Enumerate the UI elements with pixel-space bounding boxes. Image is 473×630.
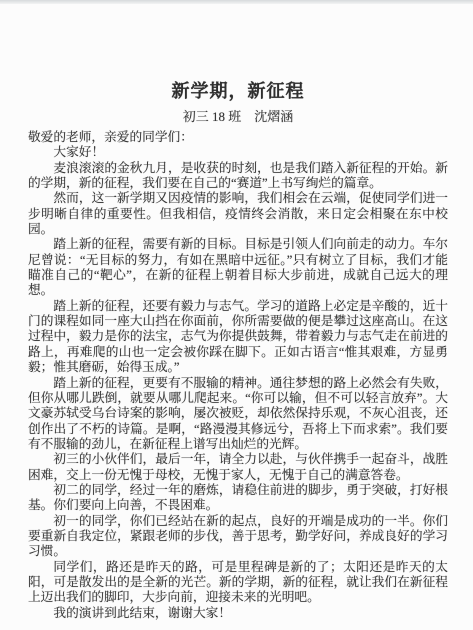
paragraph: 然而，这一新学期又因疫情的影响，我们相会在云端，促使同学们进一步明晰自律的重要性… <box>28 191 448 237</box>
document-body: 敬爱的老师，亲爱的同学们： 大家好！ 麦浪滚滚的金秋九月，是收获的时刻，也是我们… <box>28 130 448 621</box>
paragraph: 初一的同学，你们已经站在新的起点，良好的开端是成功的一半。你们要重新自我定位，紧… <box>28 514 448 560</box>
greeting: 大家好！ <box>28 145 448 160</box>
paragraph: 初二的同学，经过一年的磨炼，请稳住前进的脚步，勇于突破，打好根基。你们要向上向善… <box>28 483 448 514</box>
paragraph: 踏上新的征程，需要有新的目标。目标是引领人们向前走的动力。车尔尼曾说：“无目标的… <box>28 237 448 298</box>
scanned-document-page: 新学期，新征程 初三 18 班 沈熠涵 敬爱的老师，亲爱的同学们： 大家好！ 麦… <box>0 0 473 630</box>
paragraph: 踏上新的征程，还要有毅力与志气。学习的道路上必定是辛酸的，近十门的课程如同一座大… <box>28 299 448 376</box>
document-byline: 初三 18 班 沈熠涵 <box>28 109 448 125</box>
salutation: 敬爱的老师，亲爱的同学们： <box>28 130 448 145</box>
paragraph: 同学们，路还是昨天的路，可是里程碑是新的了；太阳还是昨天的太阳，可是散发出的是全… <box>28 560 448 606</box>
document-content: 新学期，新征程 初三 18 班 沈熠涵 敬爱的老师，亲爱的同学们： 大家好！ 麦… <box>0 4 473 621</box>
paragraph: 初三的小伙伴们，最后一年，请全力以赴，与伙伴携手一起奋斗，战胜困难，交上一份无愧… <box>28 452 448 483</box>
document-title: 新学期，新征程 <box>28 80 448 102</box>
paragraph: 踏上新的征程，更要有不服输的精神。通往梦想的路上必然会有失败，但你从哪儿跌倒，就… <box>28 376 448 453</box>
paragraph: 麦浪滚滚的金秋九月，是收获的时刻，也是我们踏入新征程的开始。新的学期，新的征程，… <box>28 161 448 192</box>
closing-line: 我的演讲到此结束，谢谢大家！ <box>28 606 448 621</box>
